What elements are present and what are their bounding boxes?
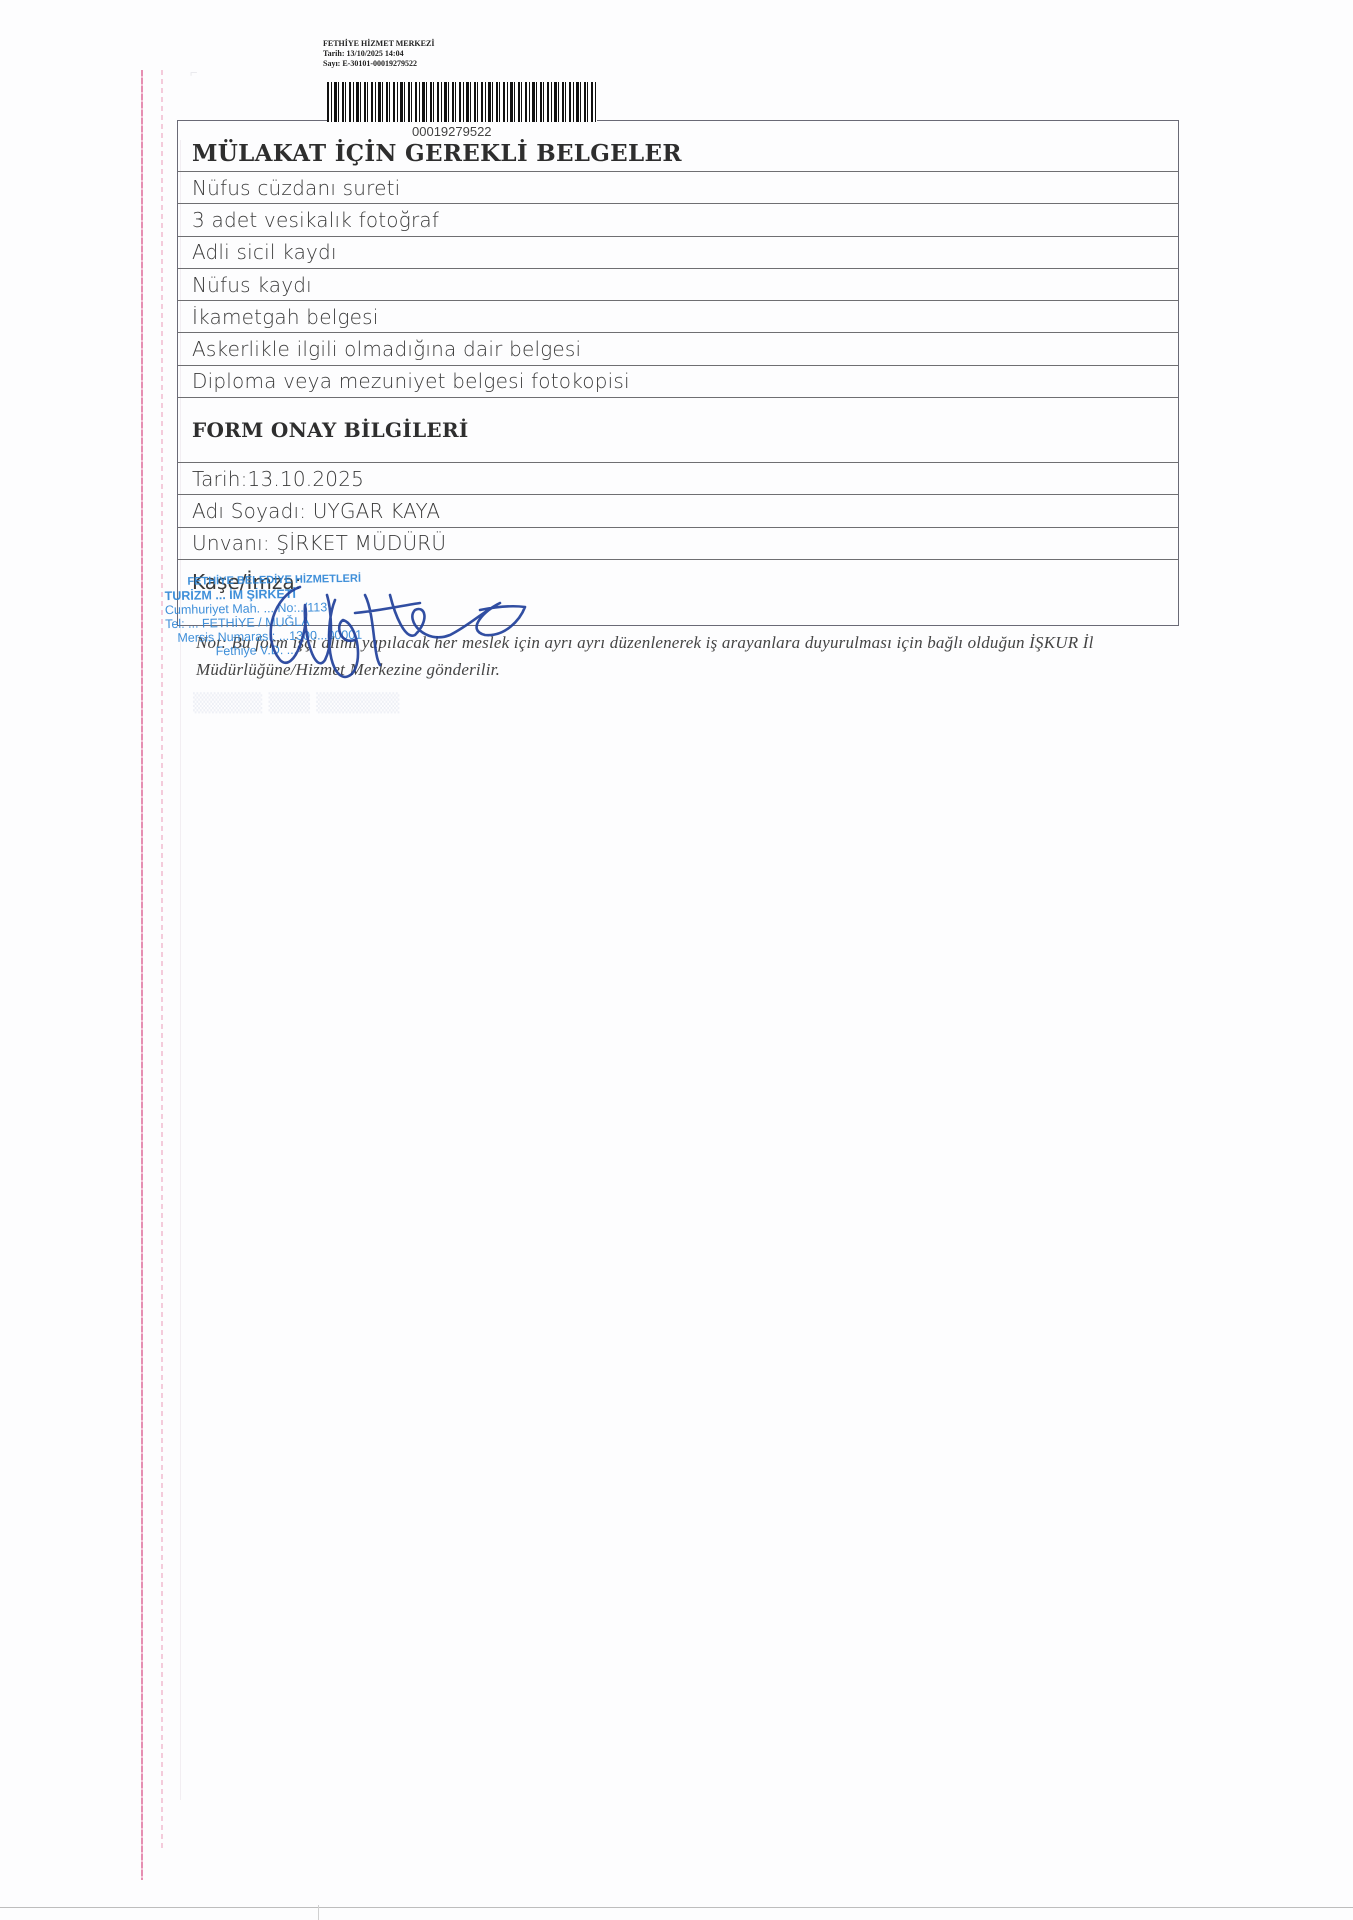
approval-section-title: FORM ONAY BİLGİLERİ xyxy=(192,418,469,442)
registry-office: FETHİYE HİZMET MERKEZİ xyxy=(323,39,434,49)
approval-title: Unvanı: ŞİRKET MÜDÜRÜ xyxy=(192,531,446,555)
table-row: Adı Soyadı: UYGAR KAYA xyxy=(178,495,1178,527)
bleed-through-text: ▒▒▒▒▒ ▒▒▒ ▒▒▒▒▒▒ xyxy=(193,693,399,714)
table-row: İkametgah belgesi xyxy=(178,301,1178,333)
signature-icon xyxy=(255,565,535,685)
document-item: İkametgah belgesi xyxy=(192,305,379,329)
barcode-number: 00019279522 xyxy=(412,124,492,139)
registry-stamp: FETHİYE HİZMET MERKEZİ Tarih: 13/10/2025… xyxy=(323,39,434,69)
page-edge-tick xyxy=(318,1905,319,1920)
document-item: 3 adet vesikalık fotoğraf xyxy=(192,208,439,232)
approval-name: Adı Soyadı: UYGAR KAYA xyxy=(192,499,440,523)
scan-artifact: ⌐ xyxy=(190,65,198,80)
margin-line xyxy=(161,70,163,1850)
table-row: Tarih:13.10.2025 xyxy=(178,463,1178,495)
requirements-table: MÜLAKAT İÇİN GEREKLİ BELGELER Nüfus cüzd… xyxy=(177,120,1179,626)
table-row: Diploma veya mezuniyet belgesi fotokopis… xyxy=(178,366,1178,398)
approval-section-row: FORM ONAY BİLGİLERİ xyxy=(178,398,1178,463)
margin-line xyxy=(141,70,143,1880)
table-row: Nüfus cüzdanı sureti xyxy=(178,172,1178,204)
document-item: Adli sicil kaydı xyxy=(192,240,337,264)
table-row: 3 adet vesikalık fotoğraf xyxy=(178,204,1178,236)
approval-date: Tarih:13.10.2025 xyxy=(192,467,364,491)
table-row: Adli sicil kaydı xyxy=(178,237,1178,269)
barcode xyxy=(327,82,597,122)
document-item: Diploma veya mezuniyet belgesi fotokopis… xyxy=(192,369,630,393)
table-row: Askerlikle ilgili olmadığına dair belges… xyxy=(178,333,1178,365)
page-edge xyxy=(0,1907,1353,1908)
registry-date: Tarih: 13/10/2025 14:04 xyxy=(323,49,434,59)
registry-number: Sayı: E-30101-00019279522 xyxy=(323,59,434,69)
table-row: Nüfus kaydı xyxy=(178,269,1178,301)
table-title-row: MÜLAKAT İÇİN GEREKLİ BELGELER xyxy=(178,121,1178,172)
document-item: Nüfus kaydı xyxy=(192,273,312,297)
document-item: Nüfus cüzdanı sureti xyxy=(192,176,400,200)
document-item: Askerlikle ilgili olmadığına dair belges… xyxy=(192,337,581,361)
table-row: Unvanı: ŞİRKET MÜDÜRÜ xyxy=(178,528,1178,560)
